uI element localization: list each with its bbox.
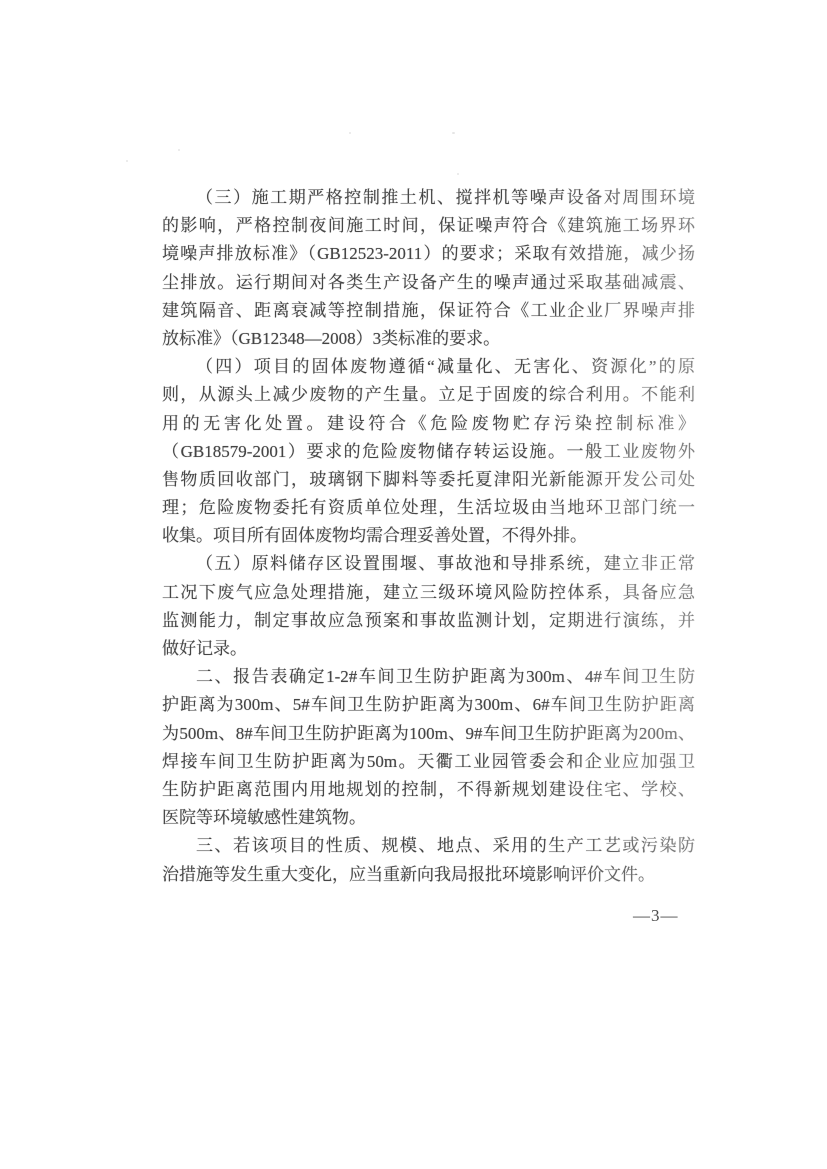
paragraph: （五）原料储存区设置围堰、事故池和导排系统，建立非正常工况下废气应急处理措施，建… <box>162 550 695 663</box>
text-line: （四）项目的固体废物遵循“减量化、无害化、资源化”的原 <box>162 353 695 381</box>
document-body: （三）施工期严格控制推土机、搅拌机等噪声设备对周围环境的影响，严格控制夜间施工时… <box>162 184 695 889</box>
text-line: 为500m、8#车间卫生防护距离为100m、9#车间卫生防护距离为200m、 <box>162 720 695 748</box>
paragraph: 三、若该项目的性质、规模、地点、采用的生产工艺或污染防治措施等发生重大变化，应当… <box>162 832 695 888</box>
text-line: 监测能力，制定事故应急预案和事故监测计划，定期进行演练，并 <box>162 607 695 635</box>
text-line: （五）原料储存区设置围堰、事故池和导排系统，建立非正常 <box>162 550 695 578</box>
text-line: 工况下废气应急处理措施，建立三级环境风险防控体系，具备应急 <box>162 579 695 607</box>
text-line: 生防护距离范围内用地规划的控制，不得新规划建设住宅、学校、 <box>162 776 695 804</box>
text-line: 护距离为300m、5#车间卫生防护距离为300m、6#车间卫生防护距离 <box>162 691 695 719</box>
text-line: 则，从源头上减少废物的产生量。立足于固废的综合利用。不能利 <box>162 381 695 409</box>
text-line: 医院等环境敏感性建筑物。 <box>162 804 695 832</box>
text-line: （GB18579-2001）要求的危险废物储存转运设施。一般工业废物外 <box>162 438 695 466</box>
text-line: 的影响，严格控制夜间施工时间，保证噪声符合《建筑施工场界环 <box>162 212 695 240</box>
text-line: 理；危险废物委托有资质单位处理，生活垃圾由当地环卫部门统一 <box>162 494 695 522</box>
text-line: 建筑隔音、距离衰减等控制措施，保证符合《工业企业厂界噪声排 <box>162 297 695 325</box>
paragraph: （三）施工期严格控制推土机、搅拌机等噪声设备对周围环境的影响，严格控制夜间施工时… <box>162 184 695 353</box>
text-line: 焊接车间卫生防护距离为50m。天衢工业园管委会和企业应加强卫 <box>162 748 695 776</box>
text-line: 做好记录。 <box>162 635 695 663</box>
text-line: 治措施等发生重大变化，应当重新向我局报批环境影响评价文件。 <box>162 861 695 889</box>
scan-speck <box>349 132 351 134</box>
text-line: （三）施工期严格控制推土机、搅拌机等噪声设备对周围环境 <box>162 184 695 212</box>
text-line: 尘排放。运行期间对各类生产设备产生的噪声通过采取基础减震、 <box>162 269 695 297</box>
page-number: —3— <box>633 906 679 926</box>
text-line: 用的无害化处置。建设符合《危险废物贮存污染控制标准》 <box>162 410 695 438</box>
text-line: 收集。项目所有固体废物均需合理妥善处置，不得外排。 <box>162 522 695 550</box>
text-line: 三、若该项目的性质、规模、地点、采用的生产工艺或污染防 <box>162 832 695 860</box>
text-line: 二、报告表确定1-2#车间卫生防护距离为300m、4#车间卫生防 <box>162 663 695 691</box>
scanned-document-page: （三）施工期严格控制推土机、搅拌机等噪声设备对周围环境的影响，严格控制夜间施工时… <box>0 0 827 1169</box>
scan-speck <box>457 173 459 175</box>
scan-speck <box>178 149 180 151</box>
text-line: 放标准》（GB12348—2008）3类标准的要求。 <box>162 325 695 353</box>
scan-speck <box>452 132 455 134</box>
scan-speck <box>126 160 128 162</box>
paragraph: （四）项目的固体废物遵循“减量化、无害化、资源化”的原则，从源头上减少废物的产生… <box>162 353 695 550</box>
paragraph: 二、报告表确定1-2#车间卫生防护距离为300m、4#车间卫生防护距离为300m… <box>162 663 695 832</box>
text-line: 售物质回收部门，玻璃钢下脚料等委托夏津阳光新能源开发公司处 <box>162 466 695 494</box>
text-line: 境噪声排放标准》（GB12523-2011）的要求；采取有效措施，减少扬 <box>162 240 695 268</box>
